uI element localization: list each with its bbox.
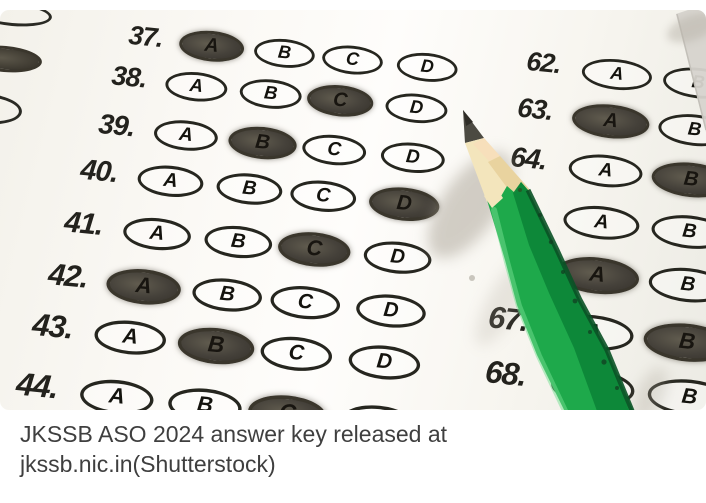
option-bubble-c: C	[276, 229, 352, 270]
partial-bubble	[0, 43, 43, 75]
option-bubble-b: B	[191, 275, 264, 314]
question-number: 40.	[79, 155, 119, 187]
caption-line-1: JKSSB ASO 2024 answer key released at	[20, 419, 680, 449]
option-bubble-a: A	[570, 101, 651, 142]
question-number: 64.	[509, 143, 548, 175]
option-bubble-a: A	[164, 69, 229, 104]
option-bubble-a: A	[122, 215, 193, 253]
option-bubble-c: C	[246, 392, 328, 410]
option-bubble-d: D	[347, 342, 422, 382]
option-bubble-c: C	[306, 82, 375, 119]
option-bubble-d: D	[380, 140, 447, 176]
option-bubble-b: B	[253, 36, 316, 70]
option-bubble-b: B	[662, 64, 706, 102]
question-number: 63.	[516, 94, 554, 125]
option-bubble-a: A	[551, 311, 636, 355]
option-bubble-a: A	[153, 117, 220, 153]
option-bubble-b: B	[238, 77, 303, 112]
option-bubble-a: A	[93, 317, 168, 357]
option-bubble-d: D	[355, 291, 428, 330]
option-bubble-c: C	[321, 43, 384, 77]
question-number: 39.	[97, 110, 135, 141]
option-bubble-c: C	[269, 283, 342, 322]
caption: JKSSB ASO 2024 answer key released at jk…	[20, 419, 680, 479]
option-bubble-b: B	[650, 159, 706, 201]
option-bubble-a: A	[549, 365, 636, 410]
article-page: { "caption": { "line1": "JKSSB ASO 2024 …	[0, 0, 706, 503]
option-bubble-a: A	[580, 56, 653, 94]
option-bubble-d: D	[362, 238, 433, 276]
option-bubble-b: B	[167, 385, 244, 410]
option-bubble-d: D	[368, 184, 441, 224]
question-number: 44.	[15, 368, 59, 404]
question-number: 62.	[525, 48, 562, 78]
option-bubble-b: B	[227, 124, 298, 163]
option-bubble-b: B	[176, 324, 256, 367]
question-number: 43.	[31, 309, 74, 344]
question-number: 38.	[110, 62, 147, 92]
option-bubble-a: A	[567, 151, 644, 191]
question-number: 42.	[47, 259, 89, 293]
answer-sheet: 37.ABCD38.ABCD39.ABCD40.ABCD41.ABCD42.AB…	[0, 10, 706, 410]
option-bubble-d: D	[384, 91, 449, 126]
option-bubble-d: D	[396, 50, 459, 84]
option-bubble-b: B	[650, 212, 706, 253]
option-bubble-a: A	[554, 253, 641, 298]
option-bubble-c: C	[259, 334, 334, 374]
question-number: 41.	[63, 207, 104, 240]
option-bubble-b: B	[215, 170, 284, 207]
option-bubble-b: B	[203, 223, 274, 261]
question-number: 67.	[487, 302, 530, 337]
question-number: 68.	[484, 356, 528, 392]
partial-bubble	[0, 10, 53, 29]
option-bubble-a: A	[136, 163, 205, 200]
option-bubble-a: A	[105, 266, 183, 308]
option-bubble-b: B	[642, 319, 706, 366]
caption-line-2: jkssb.nic.in(Shutterstock)	[20, 449, 680, 479]
partial-bubble	[0, 91, 23, 127]
option-bubble-a: A	[562, 202, 641, 243]
question-number: 37.	[127, 22, 164, 52]
option-bubble-d: D	[339, 402, 416, 410]
option-bubble-a: A	[79, 377, 156, 410]
option-bubble-b: B	[657, 111, 706, 150]
article-image: 37.ABCD38.ABCD39.ABCD40.ABCD41.ABCD42.AB…	[0, 10, 706, 410]
option-bubble-b: B	[647, 264, 706, 306]
option-bubble-c: C	[301, 132, 368, 168]
option-bubble-c: C	[289, 178, 358, 215]
option-bubble-a: A	[178, 28, 246, 65]
option-bubble-b: B	[646, 375, 706, 410]
